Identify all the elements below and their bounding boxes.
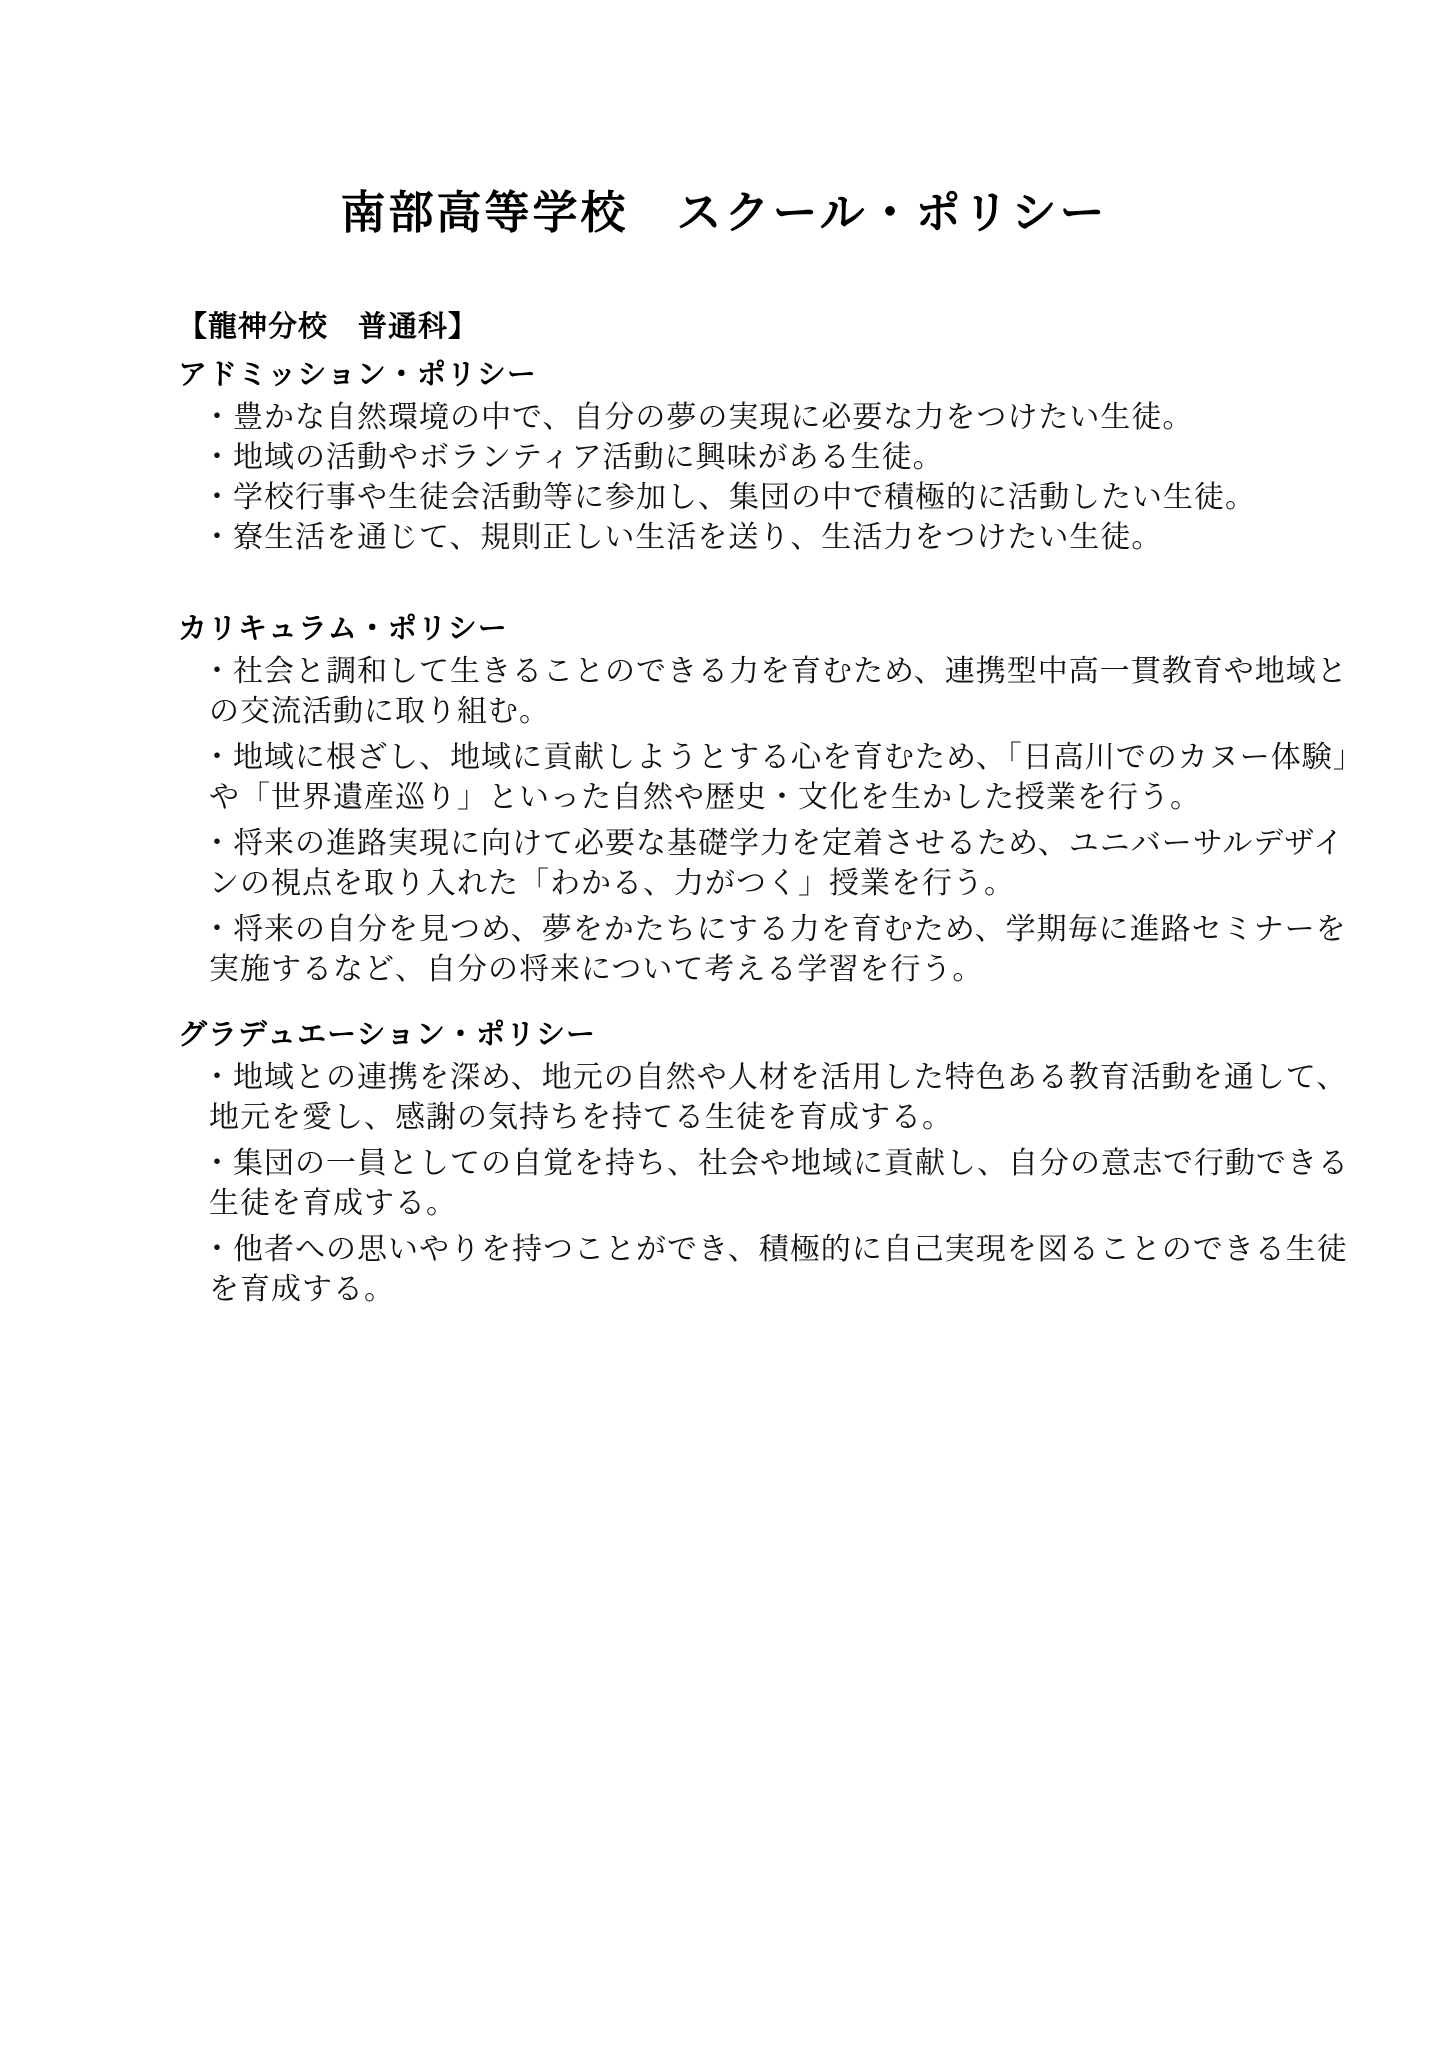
bullet-line-text: ・学校行事や生徒会活動等に参加し、集団の中で積極的に活動したい生徒。: [178, 478, 1318, 518]
bullet-item: ・将来の進路実現に向けて必要な基礎学力を定着させるため、ユニバーサルデザイ ンの…: [178, 824, 1318, 904]
admission-policy-heading: アドミッション・ポリシー: [178, 358, 1318, 392]
document-content: 【龍神分校 普通科】 アドミッション・ポリシー ・豊かな自然環境の中で、自分の夢…: [178, 310, 1318, 1310]
bullet-item: ・集団の一員としての自覚を持ち、社会や地域に貢献し、自分の意志で行動できる 生徒…: [178, 1144, 1318, 1224]
bullet-line-text: ・地域の活動やボランティア活動に興味がある生徒。: [178, 438, 1318, 478]
bullet-line-text: ・集団の一員としての自覚を持ち、社会や地域に貢献し、自分の意志で行動できる: [178, 1144, 1318, 1184]
bullet-line-text: ・他者への思いやりを持つことができ、積極的に自己実現を図ることのできる生徒: [178, 1230, 1318, 1270]
bullet-line-text: や「世界遺産巡り」といった自然や歴史・文化を生かした授業を行う。: [178, 778, 1318, 818]
section-curriculum-policy: カリキュラム・ポリシー ・社会と調和して生きることのできる力を育むため、連携型中…: [178, 612, 1318, 990]
bullet-item: ・地域の活動やボランティア活動に興味がある生徒。: [178, 438, 1318, 478]
bullet-line-text: ・地域との連携を深め、地元の自然や人材を活用した特色ある教育活動を通して、: [178, 1058, 1318, 1098]
document-page: 南部高等学校 スクール・ポリシー 【龍神分校 普通科】 アドミッション・ポリシー…: [0, 0, 1448, 2048]
bullet-item: ・地域との連携を深め、地元の自然や人材を活用した特色ある教育活動を通して、 地元…: [178, 1058, 1318, 1138]
bullet-item: ・豊かな自然環境の中で、自分の夢の実現に必要な力をつけたい生徒。: [178, 398, 1318, 438]
bullet-line-text: ・社会と調和して生きることのできる力を育むため、連携型中高一貫教育や地域と: [178, 652, 1318, 692]
campus-label: 【龍神分校 普通科】: [178, 310, 1318, 344]
bullet-line-text: ・豊かな自然環境の中で、自分の夢の実現に必要な力をつけたい生徒。: [178, 398, 1318, 438]
bullet-line-text: 地元を愛し、感謝の気持ちを持てる生徒を育成する。: [178, 1098, 1318, 1138]
bullet-item: ・社会と調和して生きることのできる力を育むため、連携型中高一貫教育や地域と の交…: [178, 652, 1318, 732]
section-graduation-policy: グラデュエーション・ポリシー ・地域との連携を深め、地元の自然や人材を活用した特…: [178, 1018, 1318, 1310]
bullet-line-text: 生徒を育成する。: [178, 1184, 1318, 1224]
bullet-item: ・学校行事や生徒会活動等に参加し、集団の中で積極的に活動したい生徒。: [178, 478, 1318, 518]
bullet-line-text: 実施するなど、自分の将来について考える学習を行う。: [178, 950, 1318, 990]
bullet-line-text: ・地域に根ざし、地域に貢献しようとする心を育むため、「日高川でのカヌー体験」: [178, 738, 1318, 778]
bullet-line-text: ・将来の進路実現に向けて必要な基礎学力を定着させるため、ユニバーサルデザイ: [178, 824, 1318, 864]
section-admission-policy: アドミッション・ポリシー ・豊かな自然環境の中で、自分の夢の実現に必要な力をつけ…: [178, 358, 1318, 558]
graduation-policy-heading: グラデュエーション・ポリシー: [178, 1018, 1318, 1052]
curriculum-policy-heading: カリキュラム・ポリシー: [178, 612, 1318, 646]
bullet-line-text: の交流活動に取り組む。: [178, 692, 1318, 732]
bullet-line-text: ・寮生活を通じて、規則正しい生活を送り、生活力をつけたい生徒。: [178, 518, 1318, 558]
bullet-line-text: ンの視点を取り入れた「わかる、力がつく」授業を行う。: [178, 864, 1318, 904]
bullet-item: ・他者への思いやりを持つことができ、積極的に自己実現を図ることのできる生徒 を育…: [178, 1230, 1318, 1310]
bullet-line-text: ・将来の自分を見つめ、夢をかたちにする力を育むため、学期毎に進路セミナーを: [178, 910, 1318, 950]
document-title: 南部高等学校 スクール・ポリシー: [0, 186, 1448, 240]
bullet-item: ・将来の自分を見つめ、夢をかたちにする力を育むため、学期毎に進路セミナーを 実施…: [178, 910, 1318, 990]
bullet-item: ・寮生活を通じて、規則正しい生活を送り、生活力をつけたい生徒。: [178, 518, 1318, 558]
bullet-line-text: を育成する。: [178, 1270, 1318, 1310]
bullet-item: ・地域に根ざし、地域に貢献しようとする心を育むため、「日高川でのカヌー体験」 や…: [178, 738, 1318, 818]
